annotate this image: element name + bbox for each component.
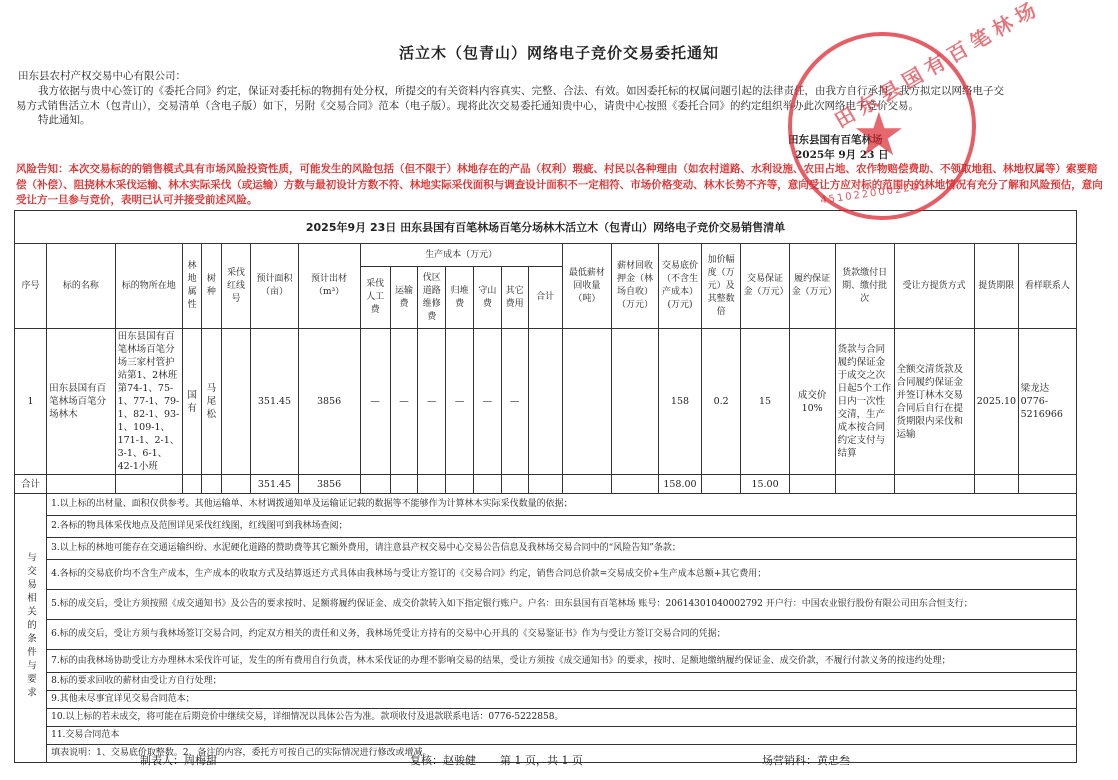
letter-body-line-2: 易方式销售活立木（包青山），交易清单（含电子版）如下，另附《交易合同》范本（电子… [16,99,1106,114]
condition-item: 10.以上标的若未成交，将可能在后期竞价中继续交易，详细情况以具体公告为准。款项… [47,709,1077,727]
signer-name: 田东县国有百笔林场 [788,132,883,147]
cell-delivery-period: 2025.10 [974,329,1018,475]
total-label: 合计 [15,475,47,494]
total-volume: 3856 [298,475,360,494]
table-title: 2025年9月 23日 田东县国有百笔林场百笔分场林木活立木（包青山）网络电子竞… [15,211,1077,244]
col-prod-cost-other: 其它费用 [501,267,528,329]
condition-item: 9.其他未尽事宜详见交易合同范本； [47,691,1077,709]
col-prod-cost-stacking: 归堆费 [446,267,474,329]
col-delivery-period: 提货期限 [974,244,1018,329]
condition-item: 3.以上标的林地可能存在交通运输纠纷、水泥硬化道路的赞助费等其它额外费用，请注意… [47,538,1077,560]
cell-firewood-deposit [612,329,659,475]
col-trade-deposit: 交易保证金（万元） [741,244,789,329]
cell-contact: 梁龙达 0776-5216966 [1018,329,1076,475]
condition-item: 1.以上标的出材量、面积仅供参考。其他运输单、木材调拨通知单及运输证记载的数据等… [47,494,1077,516]
cell-redline [221,329,251,475]
cell-perf-deposit: 成交价10% [789,329,835,475]
col-firewood-deposit: 薪材回收押金（林场自收）（万元） [612,244,659,329]
cell-prod-cost-total [528,329,562,475]
sales-list-table: 2025年9月 23日 田东县国有百笔林场百笔分场林木活立木（包青山）网络电子竞… [14,210,1077,763]
col-perf-deposit: 履约保证金（万元） [789,244,835,329]
col-name: 标的名称 [47,244,115,329]
cell-land-attr: 国有 [183,329,202,475]
table-row: 1 田东县国有百笔林场百笔分场林木 田东县国有百笔林场百笔分场三家村管护站第1、… [15,329,1077,475]
cell-prod-cost-other: — [501,329,528,475]
preparer: 制表人：周梅甜 [140,752,217,768]
col-area: 预计面积（亩） [251,244,298,329]
condition-item: 6.标的成交后，受让方须与我林场签订交易合同，约定双方相关的责任和义务，我林场凭… [47,620,1077,650]
total-row: 合计 351.45 3856 158.00 15.00 [15,475,1077,494]
col-seq: 序号 [15,244,47,329]
reviewer: 复核：赵骏健 [410,752,476,768]
cell-prod-cost-road: — [418,329,446,475]
cell-base-price: 158 [659,329,702,475]
condition-item: 8.标的要求回收的薪材由受让方自行处理； [47,673,1077,691]
col-redline: 采伐红线号 [221,244,251,329]
col-prod-cost-road: 伐区道路维修费 [418,267,446,329]
total-area: 351.45 [251,475,298,494]
cell-increment: 0.2 [701,329,741,475]
col-prod-cost-transport: 运输费 [390,267,418,329]
cell-seq: 1 [15,329,47,475]
col-min-firewood: 最低薪材回收量（吨） [562,244,611,329]
cell-min-firewood [562,329,611,475]
cell-prod-cost-guard: — [473,329,501,475]
addressee: 田东县农村产权交易中心有限公司： [18,69,186,84]
sign-date: 2025年 9月 23 日 [795,147,889,162]
cell-name: 田东县国有百笔林场百笔分场林木 [47,329,115,475]
cell-prod-cost-stacking: — [446,329,474,475]
condition-item: 4.各标的交易底价均不含生产成本，生产成本的收取方式及结算返还方式具体由我林场与… [47,560,1077,590]
total-trade-deposit: 15.00 [741,475,789,494]
cell-trade-deposit: 15 [741,329,789,475]
condition-item: 5.标的成交后，受让方须按照《成交通知书》及公告的要求按时、足额将履约保证金、成… [47,590,1077,620]
cell-delivery-method: 全额交清货款及合同履约保证金并签订林木交易合同后自行在提货期限内采伐和运输 [894,329,974,475]
col-prod-cost-guard: 守山费 [473,267,501,329]
condition-item: 7.标的由我林场协助受让方办理林木采伐许可证，发生的所有费用自行负责，林木采伐证… [47,650,1077,673]
page-number: 第 1 页，共 1 页 [500,752,583,768]
col-contact: 看样联系人 [1018,244,1076,329]
col-prod-cost-group: 生产成本（万元） [360,244,562,267]
col-location: 标的物所在地 [115,244,182,329]
risk-notice: 风险告知：本次交易标的的销售模式具有市场风险投资性质，可能发生的风险包括（但不限… [16,162,1106,209]
cell-tree: 马尾松 [202,329,221,475]
cell-prod-cost-transport: — [390,329,418,475]
col-prod-cost-labor: 采伐人工费 [360,267,390,329]
cell-prod-cost-labor: — [360,329,390,475]
sales-dept: 场营销科：黄忠叁 [762,752,850,768]
cell-volume: 3856 [298,329,360,475]
col-base-price: 交易底价（不含生产成本）(万元) [659,244,702,329]
col-prod-cost-total: 合计 [528,267,562,329]
cell-location: 田东县国有百笔林场百笔分场三家村管护站第1、2林班第74-1、75-1、77-1… [115,329,182,475]
col-payment: 货款缴付日期、缴付批次 [835,244,894,329]
letter-closing: 特此通知。 [38,113,91,128]
cell-payment: 货款与合同履约保证金于成交之次日起5个工作日内一次性交清，生产成本按合同约定支付… [835,329,894,475]
col-delivery-method: 受让方提货方式 [894,244,974,329]
condition-item: 11.交易合同范本 [47,727,1077,745]
col-land-attr: 林地属性 [183,244,202,329]
total-base-price: 158.00 [659,475,702,494]
letter-body-line-1: 我方依据与贵中心签订的《委托合同》约定，保证对委托标的物拥有处分权，所提交的有关… [38,84,1108,99]
col-tree: 树种 [202,244,221,329]
col-volume: 预计出材（m³） [298,244,360,329]
condition-item: 2.各标的物具体采伐地点及范围详见采伐红线图，红线图可到我林场查阅； [47,516,1077,538]
cell-area: 351.45 [251,329,298,475]
col-increment: 加价幅度（万元）及其整数倍 [701,244,741,329]
conditions-label: 与交易相关的条件与要求 [15,494,47,763]
